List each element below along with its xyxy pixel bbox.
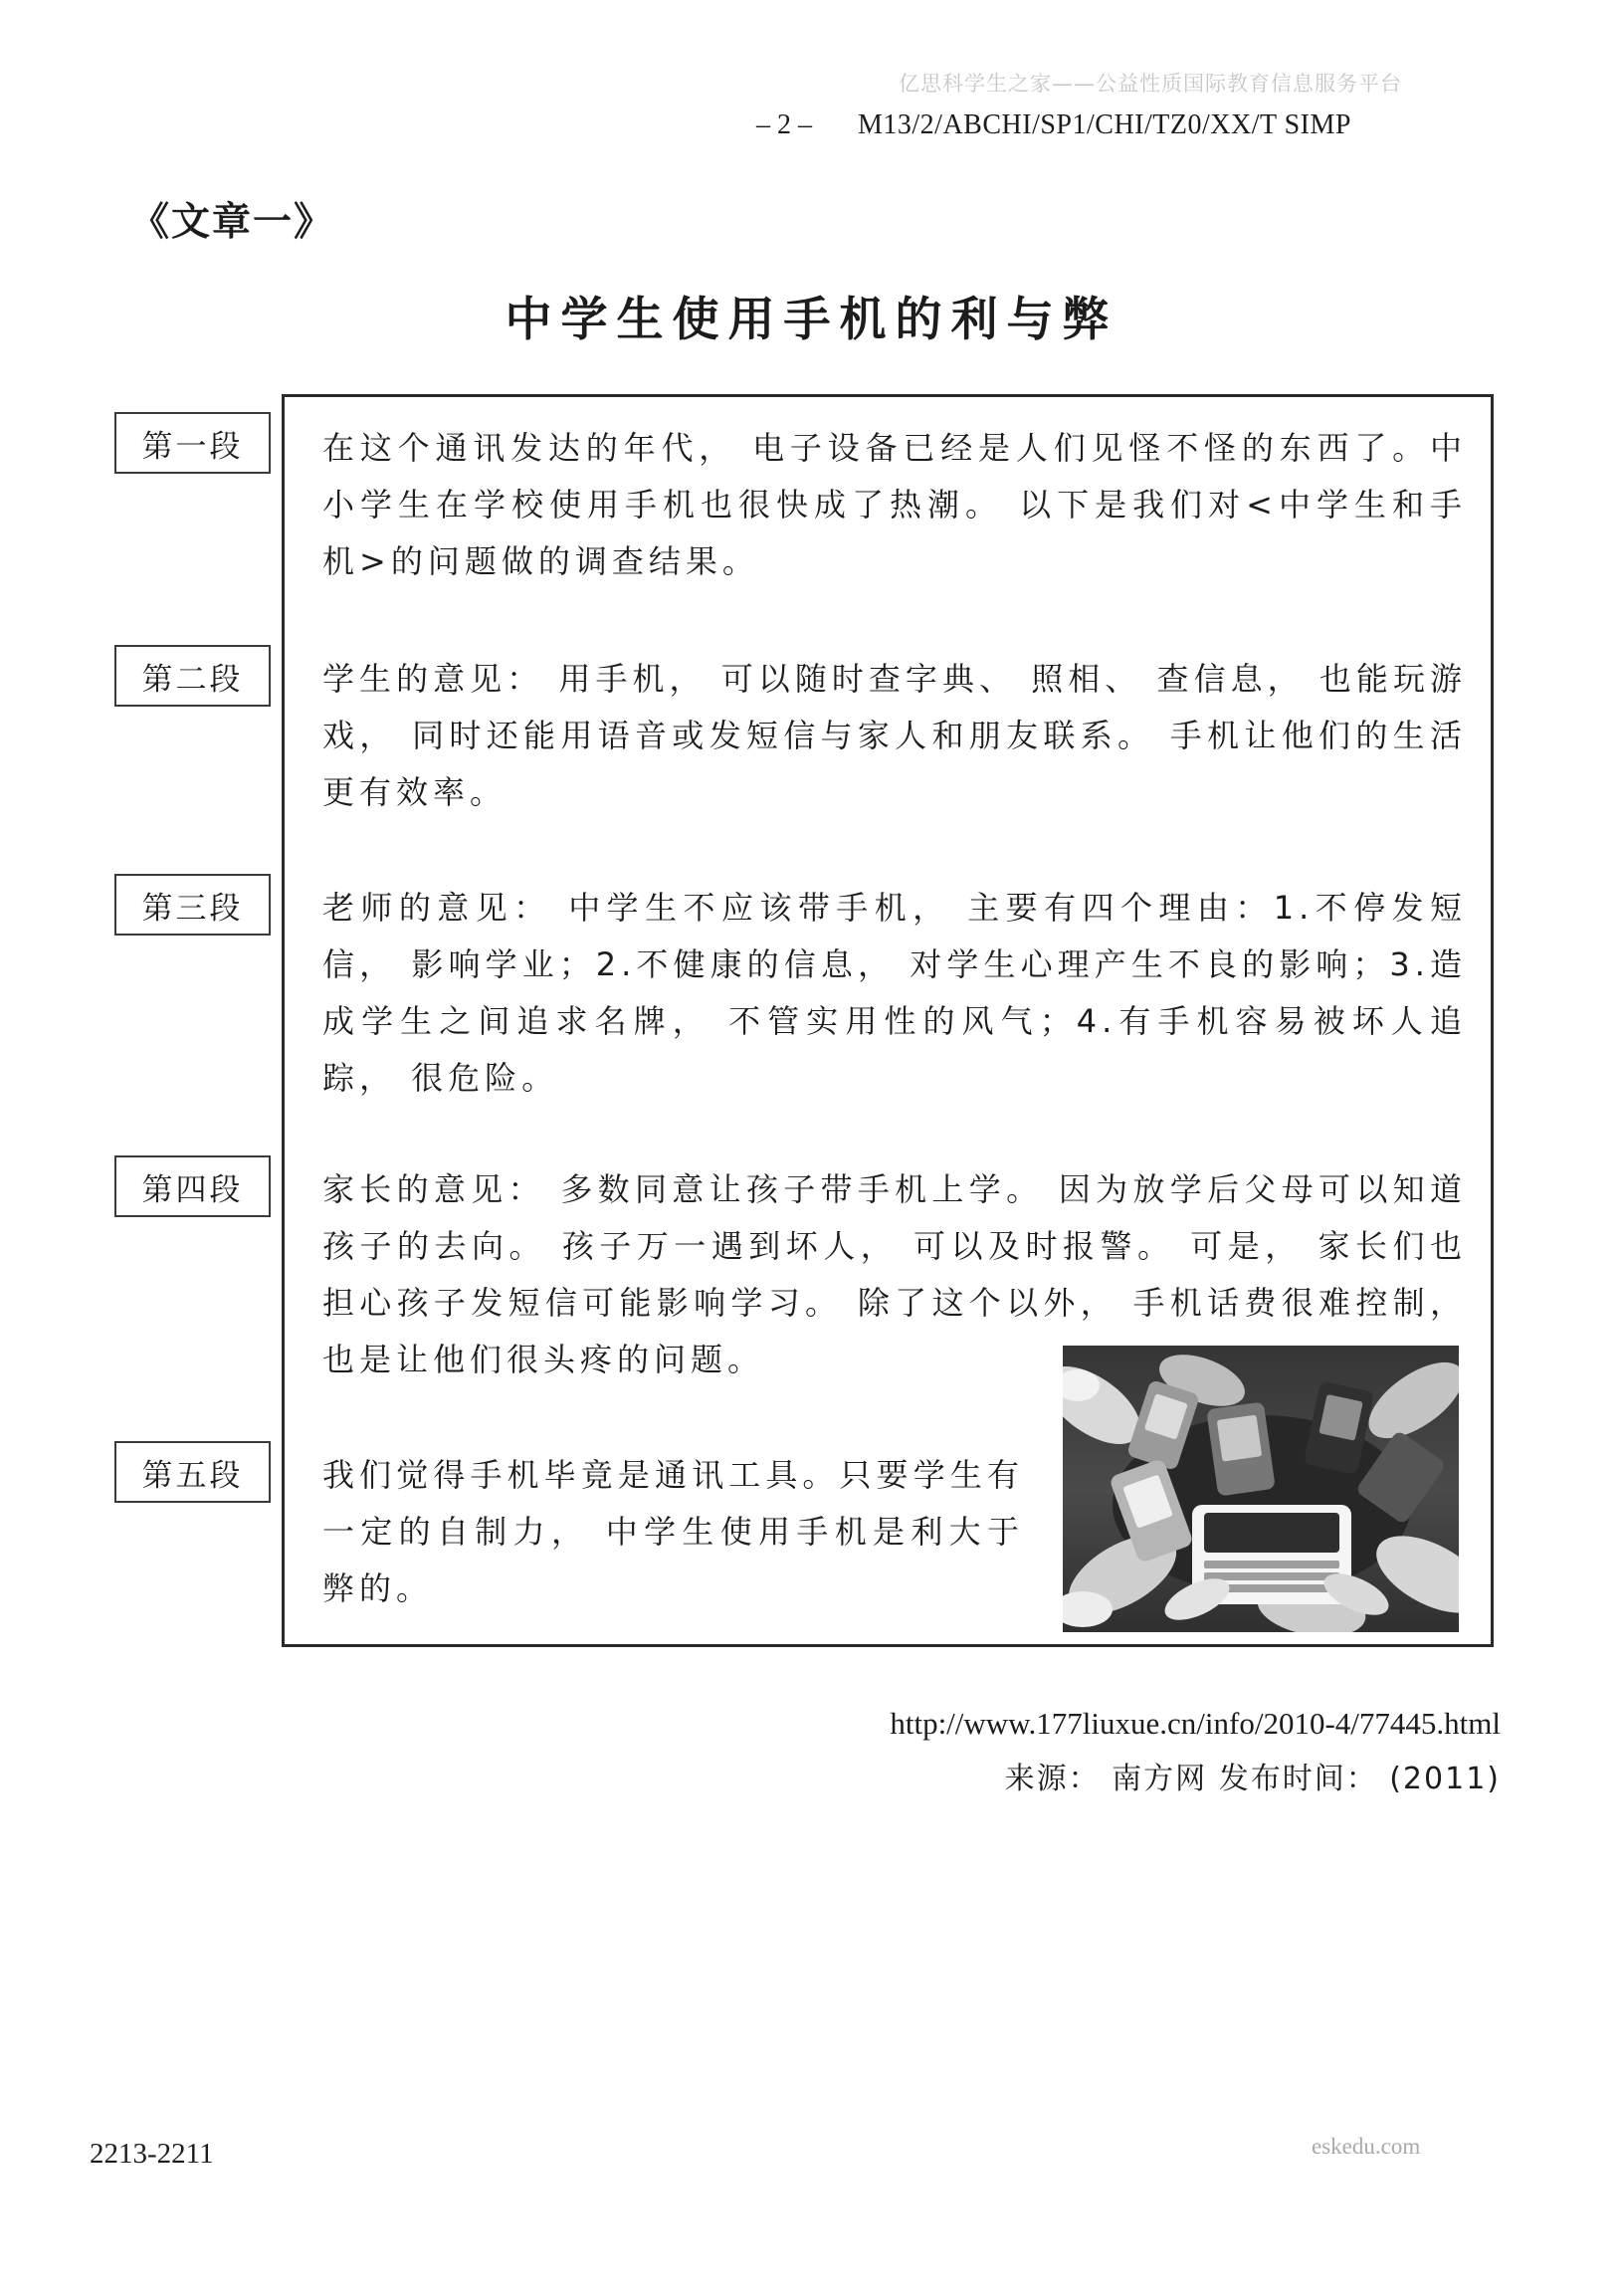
top-watermark: 亿思科学生之家——公益性质国际教育信息服务平台: [899, 68, 1402, 98]
page-number: – 2 –: [756, 109, 812, 141]
source-line: 来源： 南方网 发布时间： (2011): [1005, 1754, 1501, 1797]
paragraph-label-1: 第一段: [114, 412, 271, 474]
paragraph-label-5: 第五段: [114, 1441, 271, 1503]
site-watermark: eskedu.com: [1312, 2134, 1420, 2160]
phones-hands-photo-graphic: [1063, 1346, 1459, 1632]
source-url: http://www.177liuxue.cn/info/2010-4/7744…: [890, 1706, 1501, 1742]
paragraph-label-3: 第三段: [114, 874, 271, 936]
doc-number: 2213-2211: [90, 2138, 214, 2171]
exam-code: M13/2/ABCHI/SP1/CHI/TZ0/XX/T SIMP: [858, 109, 1351, 141]
article-label: 《文章一》: [130, 191, 334, 247]
paragraph-text-3: 老师的意见： 中学生不应该带手机， 主要有四个理由：1.不停发短信， 影响学业；…: [322, 880, 1467, 1107]
paragraph-text-5: 我们觉得手机毕竟是通讯工具。只要学生有一定的自制力， 中学生使用手机是利大于弊的…: [322, 1447, 1024, 1617]
exam-paper-page: 亿思科学生之家——公益性质国际教育信息服务平台 – 2 – M13/2/ABCH…: [0, 0, 1623, 2296]
paragraph-label-4: 第四段: [114, 1155, 271, 1217]
paragraph-text-1: 在这个通讯发达的年代， 电子设备已经是人们见怪不怪的东西了。中小学生在学校使用手…: [322, 420, 1467, 590]
paragraph-text-2: 学生的意见： 用手机， 可以随时查字典、 照相、 查信息， 也能玩游戏， 同时还…: [322, 651, 1467, 821]
article-title: 中学生使用手机的利与弊: [0, 283, 1623, 349]
phones-hands-photo: [1063, 1346, 1459, 1632]
paragraph-label-2: 第二段: [114, 645, 271, 707]
